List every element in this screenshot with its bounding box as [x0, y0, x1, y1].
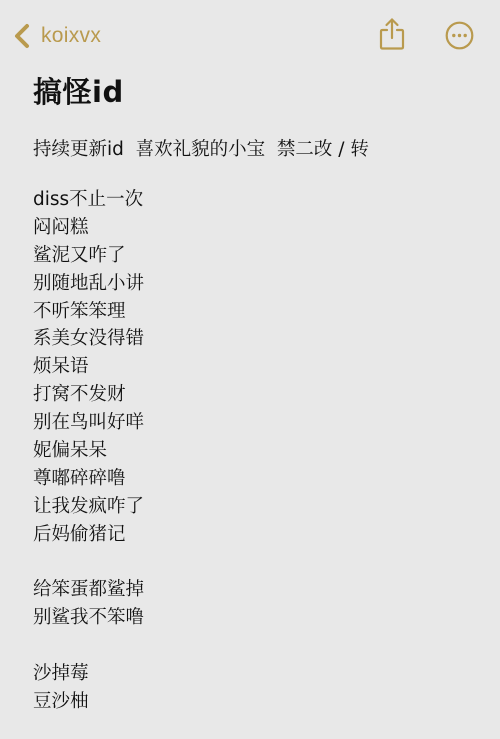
note-body: diss不止一次 闷闷糕 鲨泥又咋了 别随地乱小讲 不听笨笨理 系美女没得错 烦… [33, 186, 480, 716]
blank-line [33, 632, 480, 660]
note-content[interactable]: 搞怪id 持续更新id 喜欢礼貌的小宝 禁二改 / 转 diss不止一次 闷闷糕… [33, 72, 480, 716]
note-line: 烦呆语 [33, 353, 480, 381]
note-line: 别在鸟叫好咩 [33, 409, 480, 437]
note-line: 让我发疯咋了 [33, 493, 480, 521]
note-line: 妮偏呆呆 [33, 437, 480, 465]
note-title: 搞怪id [33, 72, 480, 112]
note-line: 系美女没得错 [33, 325, 480, 353]
navigation-bar: koixvx [0, 0, 500, 70]
back-label: koixvx [41, 25, 101, 48]
share-icon[interactable] [378, 17, 406, 51]
note-line: 给笨蛋都鲨掉 [33, 576, 480, 604]
note-line: 别鲨我不笨噜 [33, 604, 480, 632]
note-line: 沙掉莓 [33, 660, 480, 688]
ellipsis-circle-icon[interactable] [445, 21, 474, 50]
blank-line [33, 549, 480, 577]
back-button[interactable]: koixvx [12, 20, 101, 52]
chevron-left-icon [12, 23, 32, 49]
note-line: 豆沙柚 [33, 688, 480, 716]
note-line: 别随地乱小讲 [33, 270, 480, 298]
note-line: 后妈偷猪记 [33, 521, 480, 549]
note-line: 闷闷糕 [33, 214, 480, 242]
note-line: 鲨泥又咋了 [33, 242, 480, 270]
note-subtitle: 持续更新id 喜欢礼貌的小宝 禁二改 / 转 [33, 136, 480, 164]
note-line: 打窝不发财 [33, 381, 480, 409]
note-line: 不听笨笨理 [33, 298, 480, 326]
note-line: diss不止一次 [33, 186, 480, 214]
note-line: 尊嘟碎碎噜 [33, 465, 480, 493]
